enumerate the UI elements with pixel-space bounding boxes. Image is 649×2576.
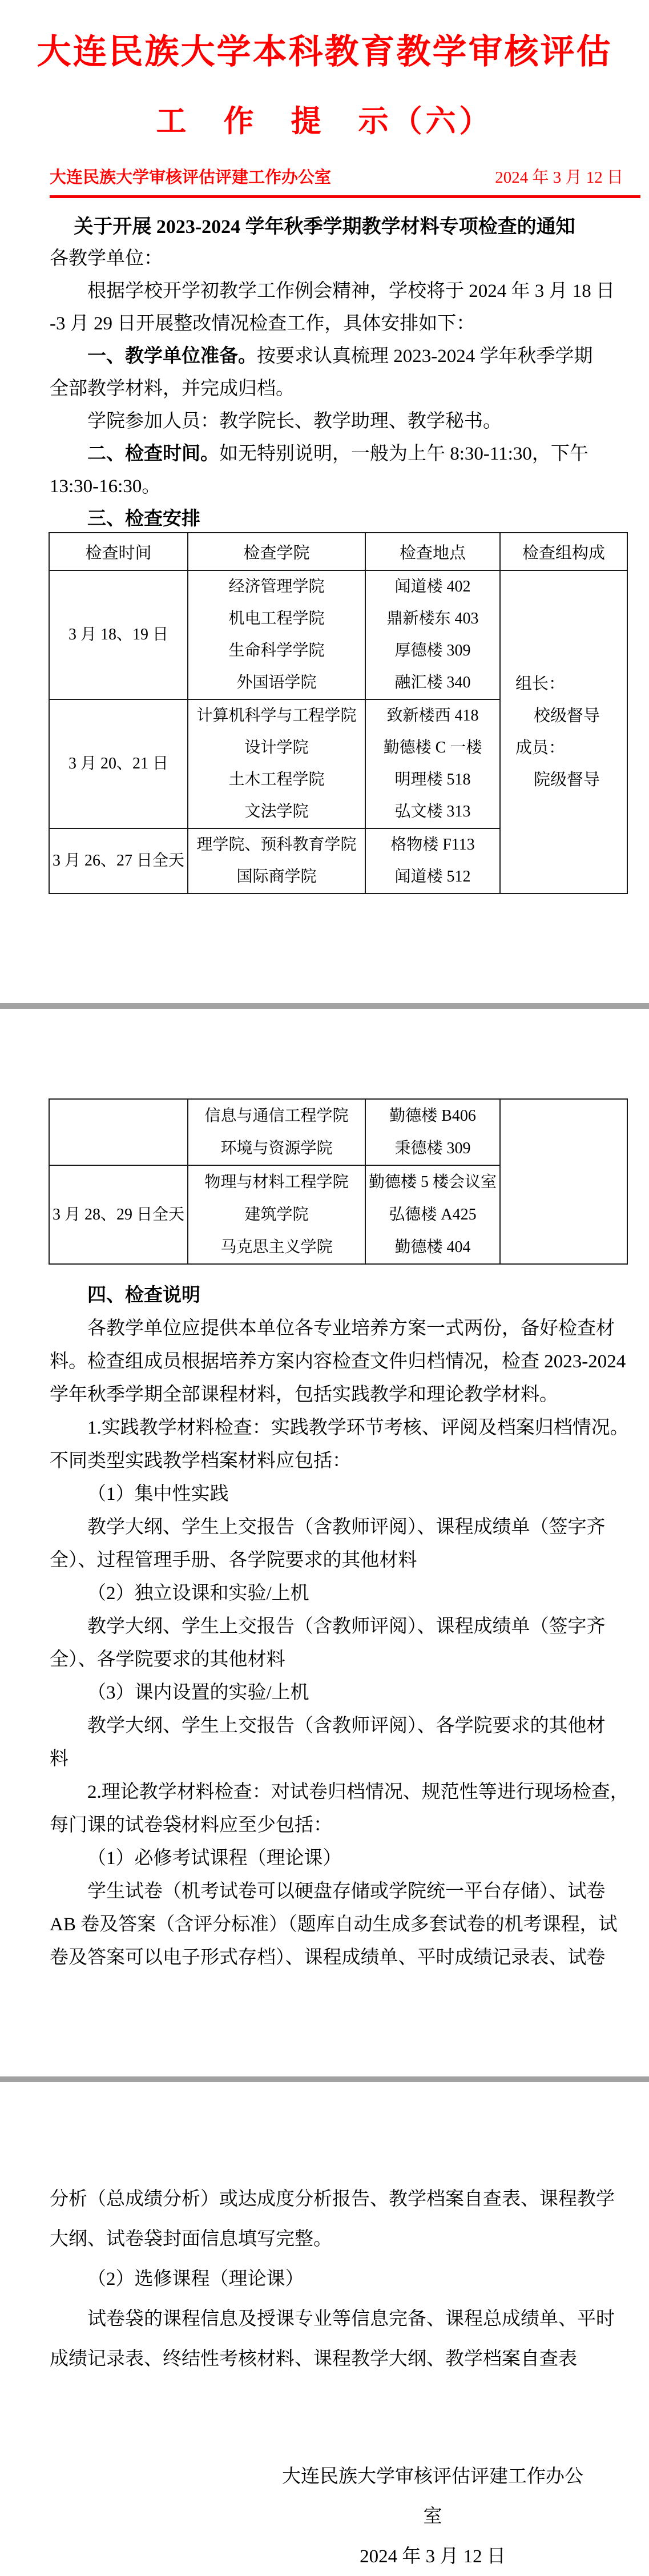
location-cell-line: 弘德楼 A425 bbox=[366, 1198, 499, 1231]
body-line: 卷及答案可以电子形式存档）、课程成绩单、平时成绩记录表、试卷 bbox=[50, 1941, 601, 1974]
body-line: 学生试卷（机考试卷可以硬盘存储或学院统一平台存储）、试卷 bbox=[50, 1875, 601, 1908]
body-line: 各教学单位应提供本单位各专业培养方案一式两份，备好检查材 bbox=[50, 1312, 601, 1345]
body-line: 教学大纲、学生上交报告（含教师评阅）、课程成绩单（签字齐 bbox=[50, 1610, 601, 1643]
inspection-time-cell bbox=[49, 1099, 188, 1165]
location-cell-line: 鼎新楼东 403 bbox=[366, 603, 499, 635]
college-cell-line: 土木工程学院 bbox=[188, 764, 365, 796]
masthead-title-line1: 大连民族大学本科教育教学审核评估 bbox=[0, 31, 649, 73]
location-cell-line: 闻道楼 512 bbox=[366, 861, 499, 893]
inspection-group-line: 校级督导 bbox=[501, 700, 627, 732]
column-header: 检查地点 bbox=[365, 533, 500, 570]
masthead-office-name: 大连民族大学审核评估评建工作办公室 bbox=[50, 164, 331, 188]
inspection-group-line: 成员： bbox=[501, 732, 627, 764]
schedule-row: 3 月 18、19 日经济管理学院机电工程学院生命科学学院外国语学院闻道楼 40… bbox=[49, 570, 627, 699]
inspection-group-line: 组长： bbox=[501, 668, 627, 700]
location-cell: 勤德楼 5 楼会议室弘德楼 A425勤德楼 404 bbox=[365, 1165, 500, 1264]
location-cell-line: 秉德楼 309 bbox=[366, 1132, 499, 1165]
body-line: 三、检查安排 bbox=[50, 503, 601, 536]
signature-block: 大连民族大学审核评估评建工作办公室 2024 年 3 月 12 日 bbox=[273, 2457, 592, 2576]
page2-body: 四、检查说明各教学单位应提供本单位各专业培养方案一式两份，备好检查材料。检查组成… bbox=[50, 1279, 601, 1974]
college-cell: 计算机科学与工程学院设计学院土木工程学院文法学院 bbox=[188, 699, 365, 828]
body-line: 一、教学单位准备。按要求认真梳理 2023-2024 学年秋季学期 bbox=[50, 340, 601, 373]
body-line: 教学大纲、学生上交报告（含教师评阅）、各学院要求的其他材 bbox=[50, 1709, 601, 1742]
body-line: 成绩记录表、终结性考核材料、课程教学大纲、教学档案自查表 bbox=[50, 2339, 601, 2379]
document-view: 大连民族大学本科教育教学审核评估 工 作 提 示（六） 大连民族大学审核评估评建… bbox=[0, 0, 649, 2576]
notice-title: 关于开展 2023-2024 学年秋季学期教学材料专项检查的通知 bbox=[0, 216, 649, 239]
body-line: 试卷袋的课程信息及授课专业等信息完备、课程总成绩单、平时 bbox=[50, 2299, 601, 2339]
page1-body: 各教学单位：根据学校开学初教学工作例会精神，学校将于 2024 年 3 月 18… bbox=[50, 243, 601, 536]
inspection-group-cell bbox=[500, 1099, 627, 1264]
body-line: 各教学单位： bbox=[50, 243, 601, 275]
body-line: 全部教学材料，并完成归档。 bbox=[50, 373, 601, 405]
body-line: 根据学校开学初教学工作例会精神，学校将于 2024 年 3 月 18 日 bbox=[50, 275, 601, 308]
college-cell-line: 计算机科学与工程学院 bbox=[188, 700, 365, 732]
college-cell: 理学院、预科教育学院国际商学院 bbox=[188, 828, 365, 893]
inspection-time-cell: 3 月 20、21 日 bbox=[49, 699, 188, 828]
body-line: 全）、各学院要求的其他材料 bbox=[50, 1643, 601, 1676]
location-cell: 致新楼西 418勤德楼 C 一楼明理楼 518弘文楼 313 bbox=[365, 699, 500, 828]
column-header: 检查学院 bbox=[188, 533, 365, 570]
body-line: 学院参加人员：教学院长、教学助理、教学秘书。 bbox=[50, 405, 601, 438]
body-line: AB 卷及答案（含评分标准）（题库自动生成多套试卷的机考课程，试 bbox=[50, 1908, 601, 1941]
location-cell-line: 格物楼 F113 bbox=[366, 829, 499, 861]
body-line: 分析（总成绩分析）或达成度分析报告、教学档案自查表、课程教学 bbox=[50, 2179, 601, 2219]
college-cell-line: 外国语学院 bbox=[188, 667, 365, 699]
college-cell-line: 文法学院 bbox=[188, 796, 365, 828]
signature-office: 大连民族大学审核评估评建工作办公室 bbox=[273, 2457, 592, 2537]
college-cell-line: 国际商学院 bbox=[188, 861, 365, 893]
body-line: （1）必修考试课程（理论课） bbox=[50, 1842, 601, 1875]
body-line: （3）课内设置的实验/上机 bbox=[50, 1676, 601, 1709]
college-cell-line: 设计学院 bbox=[188, 732, 365, 764]
table-header-row: 检查时间检查学院检查地点检查组构成 bbox=[49, 533, 627, 570]
schedule-row: 信息与通信工程学院环境与资源学院勤德楼 B406秉德楼 309 bbox=[49, 1099, 627, 1165]
inspection-time-cell: 3 月 18、19 日 bbox=[49, 570, 188, 699]
schedule-table-page1: 检查时间检查学院检查地点检查组构成3 月 18、19 日经济管理学院机电工程学院… bbox=[49, 532, 628, 894]
location-cell-line: 明理楼 518 bbox=[366, 764, 499, 796]
location-cell-line: 弘文楼 313 bbox=[366, 796, 499, 828]
inspection-group-line: 院级督导 bbox=[501, 764, 627, 796]
masthead-title-line2: 工 作 提 示（六） bbox=[0, 103, 649, 140]
location-cell-line: 厚德楼 309 bbox=[366, 635, 499, 667]
college-cell-line: 建筑学院 bbox=[188, 1198, 365, 1231]
body-line: （1）集中性实践 bbox=[50, 1478, 601, 1511]
schedule-table-page2: 信息与通信工程学院环境与资源学院勤德楼 B406秉德楼 3093 月 28、29… bbox=[49, 1098, 628, 1265]
masthead-office-row: 大连民族大学审核评估评建工作办公室 2024 年 3 月 12 日 bbox=[50, 164, 623, 188]
body-line: -3 月 29 日开展整改情况检查工作，具体安排如下： bbox=[50, 308, 601, 340]
body-line: （2）选修课程（理论课） bbox=[50, 2259, 601, 2299]
college-cell-line: 生命科学学院 bbox=[188, 635, 365, 667]
body-line: 全）、过程管理手册、各学院要求的其他材料 bbox=[50, 1544, 601, 1577]
body-line: 料 bbox=[50, 1742, 601, 1776]
college-cell: 物理与材料工程学院建筑学院马克思主义学院 bbox=[188, 1165, 365, 1264]
location-cell-line: 勤德楼 B406 bbox=[366, 1100, 499, 1132]
schedule-table-2: 信息与通信工程学院环境与资源学院勤德楼 B406秉德楼 3093 月 28、29… bbox=[49, 1098, 628, 1265]
location-cell: 闻道楼 402鼎新楼东 403厚德楼 309融汇楼 340 bbox=[365, 570, 500, 699]
college-cell-line: 马克思主义学院 bbox=[188, 1231, 365, 1263]
college-cell-line: 经济管理学院 bbox=[188, 571, 365, 603]
inspection-time-cell: 3 月 26、27 日全天 bbox=[49, 828, 188, 893]
body-line: （2）独立设课和实验/上机 bbox=[50, 1577, 601, 1610]
body-line: 四、检查说明 bbox=[50, 1279, 601, 1312]
college-cell: 经济管理学院机电工程学院生命科学学院外国语学院 bbox=[188, 570, 365, 699]
body-line: 教学大纲、学生上交报告（含教师评阅）、课程成绩单（签字齐 bbox=[50, 1511, 601, 1544]
location-cell-line: 闻道楼 402 bbox=[366, 571, 499, 603]
red-divider-rule bbox=[50, 195, 640, 198]
college-cell: 信息与通信工程学院环境与资源学院 bbox=[188, 1099, 365, 1165]
page3-body: 分析（总成绩分析）或达成度分析报告、教学档案自查表、课程教学大纲、试卷袋封面信息… bbox=[50, 2179, 601, 2379]
body-line: 13:30-16:30。 bbox=[50, 470, 601, 503]
location-cell-line: 融汇楼 340 bbox=[366, 667, 499, 699]
college-cell-line: 物理与材料工程学院 bbox=[188, 1166, 365, 1198]
body-line: 大纲、试卷袋封面信息填写完整。 bbox=[50, 2219, 601, 2259]
location-cell-line: 致新楼西 418 bbox=[366, 700, 499, 732]
inspection-time-cell: 3 月 28、29 日全天 bbox=[49, 1165, 188, 1264]
body-line: 1.实践教学材料检查：实践教学环节考核、评阅及档案归档情况。 bbox=[50, 1411, 601, 1444]
signature-date: 2024 年 3 月 12 日 bbox=[273, 2537, 592, 2576]
college-cell-line: 机电工程学院 bbox=[188, 603, 365, 635]
body-line: 料。检查组成员根据培养方案内容检查文件归档情况，检查 2023-2024 bbox=[50, 1345, 601, 1378]
inspection-group-cell: 组长：校级督导成员：院级督导 bbox=[500, 570, 627, 893]
college-cell-line: 信息与通信工程学院 bbox=[188, 1100, 365, 1132]
location-cell: 格物楼 F113闻道楼 512 bbox=[365, 828, 500, 893]
location-cell: 勤德楼 B406秉德楼 309 bbox=[365, 1099, 500, 1165]
column-header: 检查组构成 bbox=[500, 533, 627, 570]
body-line: 不同类型实践教学档案材料应包括： bbox=[50, 1444, 601, 1478]
body-line: 每门课的试卷袋材料应至少包括： bbox=[50, 1809, 601, 1842]
body-line: 学年秋季学期全部课程材料，包括实践教学和理论教学材料。 bbox=[50, 1378, 601, 1411]
location-cell-line: 勤德楼 C 一楼 bbox=[366, 732, 499, 764]
location-cell-line: 勤德楼 404 bbox=[366, 1231, 499, 1263]
body-line: 二、检查时间。如无特别说明，一般为上午 8:30-11:30，下午 bbox=[50, 438, 601, 470]
masthead-date: 2024 年 3 月 12 日 bbox=[495, 164, 623, 188]
college-cell-line: 环境与资源学院 bbox=[188, 1132, 365, 1165]
schedule-table-1: 检查时间检查学院检查地点检查组构成3 月 18、19 日经济管理学院机电工程学院… bbox=[49, 532, 628, 894]
location-cell-line: 勤德楼 5 楼会议室 bbox=[366, 1166, 499, 1198]
body-line: 2.理论教学材料检查：对试卷归档情况、规范性等进行现场检查， bbox=[50, 1776, 601, 1809]
page-break-bar-1 bbox=[0, 1003, 649, 1009]
page-break-bar-2 bbox=[0, 2076, 649, 2082]
college-cell-line: 理学院、预科教育学院 bbox=[188, 829, 365, 861]
column-header: 检查时间 bbox=[49, 533, 188, 570]
